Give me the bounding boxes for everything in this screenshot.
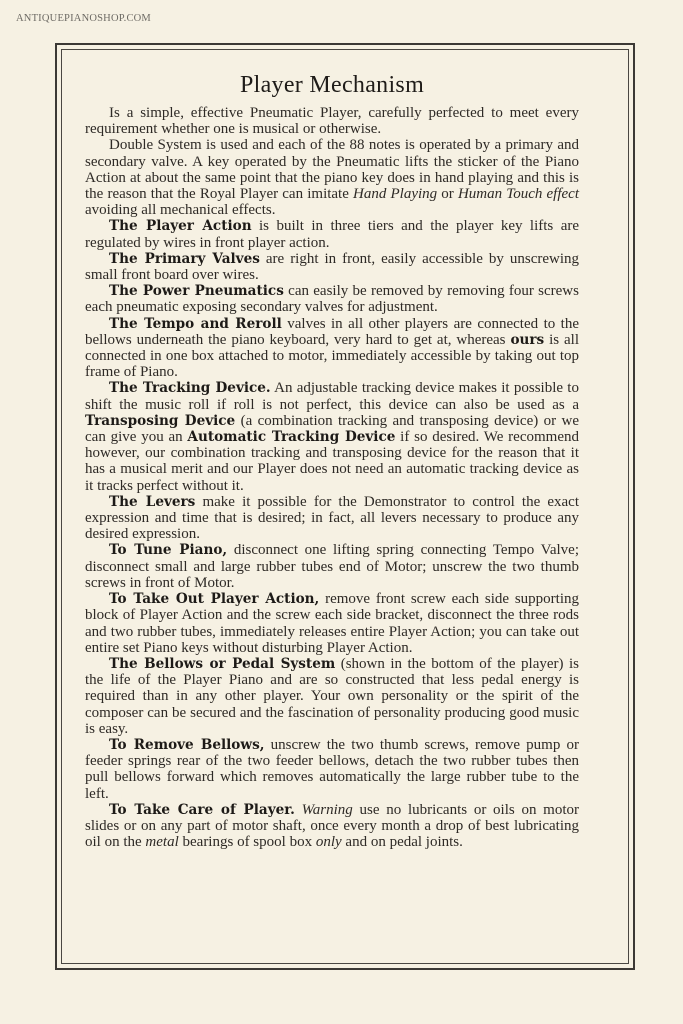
bold-heading: The Tempo and Reroll [109,316,282,332]
paragraph: The Bellows or Pedal System (shown in th… [85,656,579,737]
text-run: bearings of spool box [179,834,316,850]
paragraph: The Levers make it possible for the Demo… [85,494,579,543]
italic-emphasis: metal [145,834,178,850]
page-title: Player Mechanism [85,72,579,99]
paragraph: To Tune Piano, disconnect one lifting sp… [85,542,579,591]
page-content: Player Mechanism Is a simple, effective … [85,72,579,850]
paragraph: The Power Pneumatics can easily be remov… [85,283,579,315]
italic-emphasis: Hand Playing [353,186,437,202]
bold-heading: The Player Action [109,218,252,234]
bold-heading: To Take Out Player Action, [109,591,319,607]
paragraph: To Take Care of Player. Warning use no l… [85,802,579,851]
paragraph: The Player Action is built in three tier… [85,218,579,250]
italic-emphasis: Human Touch effect [458,186,579,202]
bold-heading: To Tune Piano, [109,542,227,558]
bold-heading: ours [510,332,544,348]
text-run: or [437,186,458,202]
text-run: Is a simple, effective Pneumatic Player,… [85,105,579,137]
italic-emphasis: only [316,834,342,850]
paragraph: Is a simple, effective Pneumatic Player,… [85,105,579,137]
watermark: ANTIQUEPIANOSHOP.COM [16,13,151,24]
bold-heading: The Primary Valves [109,251,260,267]
paragraph: To Remove Bellows, unscrew the two thumb… [85,737,579,802]
text-run: and on pedal joints. [342,834,463,850]
body-text: Is a simple, effective Pneumatic Player,… [85,105,579,850]
bold-heading: Automatic Tracking Device [187,429,395,445]
bold-heading: The Bellows or Pedal System [109,656,335,672]
paragraph: The Tracking Device. An adjustable track… [85,380,579,493]
bold-heading: To Take Care of Player. [109,802,295,818]
paragraph: To Take Out Player Action, remove front … [85,591,579,656]
bold-heading: Transposing Device [85,413,235,429]
paragraph: The Tempo and Reroll valves in all other… [85,316,579,381]
italic-emphasis: Warning [302,802,353,818]
text-run [295,802,302,818]
paragraph: The Primary Valves are right in front, e… [85,251,579,283]
paragraph: Double System is used and each of the 88… [85,137,579,218]
bold-heading: The Levers [109,494,195,510]
bold-heading: To Remove Bellows, [109,737,264,753]
text-run: avoiding all mechanical effects. [85,202,275,218]
bold-heading: The Tracking Device. [109,380,271,396]
bold-heading: The Power Pneumatics [109,283,284,299]
